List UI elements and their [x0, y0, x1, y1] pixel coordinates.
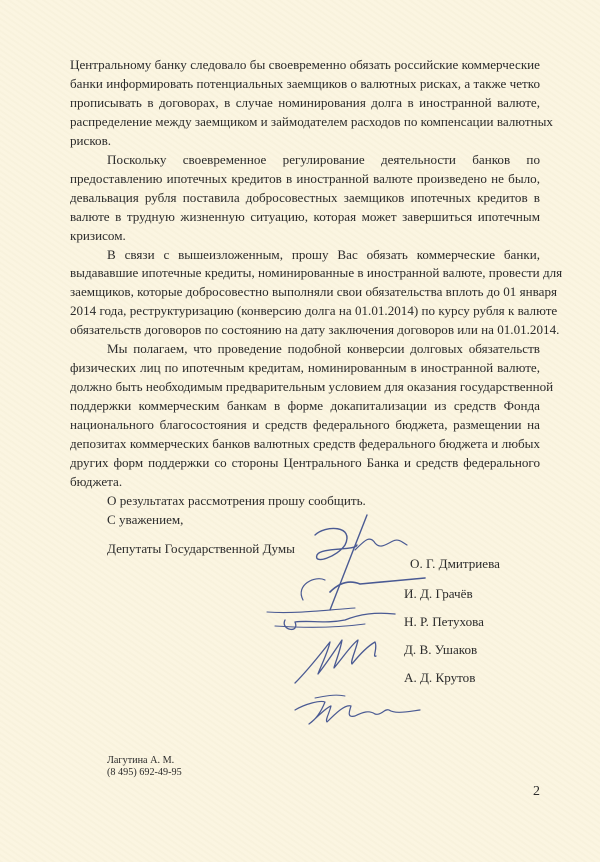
text-line: других форм поддержки со стороны Централ…: [70, 454, 540, 473]
contact-phone: (8 495) 692-49-95: [107, 767, 182, 779]
paragraph-1: Центральному банку следовало бы своеврем…: [70, 56, 540, 151]
text-line: банки информировать потенциальных заемщи…: [70, 75, 540, 94]
contact-info: Лагутина А. М. (8 495) 692-49-95: [107, 755, 182, 778]
text-line: девальвация рубля поставила добросовестн…: [70, 189, 540, 208]
text-line: рисков.: [70, 132, 540, 151]
contact-name: Лагутина А. М.: [107, 755, 182, 767]
paragraph-3: В связи с вышеизложенным, прошу Вас обяз…: [70, 246, 540, 341]
signatory-group: Депутаты Государственной Думы: [107, 541, 295, 557]
text-line: распределение между заемщиком и займодат…: [70, 113, 540, 132]
text-line: поддержки коммерческим банкам в форме до…: [70, 397, 540, 416]
text-line: национального благосостояния и средств ф…: [70, 416, 540, 435]
paragraph-4: Мы полагаем, что проведение подобной кон…: [70, 340, 540, 492]
text-line: обязательств договоров по состоянию на д…: [70, 321, 540, 340]
document-page: Центральному банку следовало бы своеврем…: [0, 0, 600, 862]
paragraph-2: Поскольку своевременное регулирование де…: [70, 151, 540, 246]
letter-body: Центральному банку следовало бы своеврем…: [70, 56, 540, 511]
text-line: должно быть необходимым предварительным …: [70, 378, 540, 397]
text-line: Поскольку своевременное регулирование де…: [70, 151, 540, 170]
page-number: 2: [533, 784, 540, 800]
text-line: Центральному банку следовало бы своеврем…: [70, 56, 540, 75]
signer-name: О. Г. Дмитриева: [410, 556, 500, 572]
text-line: валюте в трудную жизненную ситуацию, кот…: [70, 208, 540, 227]
text-line: Мы полагаем, что проведение подобной кон…: [70, 340, 540, 359]
signature-ushakov-icon: [290, 628, 400, 688]
text-line: 2014 года, реструктуризацию (конверсию д…: [70, 302, 540, 321]
text-line: В связи с вышеизложенным, прошу Вас обяз…: [70, 246, 540, 265]
text-line: выдававшие ипотечные кредиты, номинирова…: [70, 264, 540, 283]
signer-name: Д. В. Ушаков: [404, 642, 477, 658]
text-line: прописывать в договорах, в случае номини…: [70, 94, 540, 113]
signer-name: Н. Р. Петухова: [404, 614, 484, 630]
text-line: заемщиков, которые добросовестно выполня…: [70, 283, 540, 302]
regards-text: С уважением,: [107, 512, 183, 528]
text-line: бюджета.: [70, 473, 540, 492]
text-line: кризисом.: [70, 227, 540, 246]
signer-name: И. Д. Грачёв: [404, 586, 473, 602]
signature-krutov-icon: [285, 690, 425, 735]
text-line: предоставлению ипотечных кредитов в инос…: [70, 170, 540, 189]
signer-name: А. Д. Крутов: [404, 670, 475, 686]
text-line: физических лиц по ипотечным кредитам, но…: [70, 359, 540, 378]
text-line: депозитах коммерческих банков валютных с…: [70, 435, 540, 454]
